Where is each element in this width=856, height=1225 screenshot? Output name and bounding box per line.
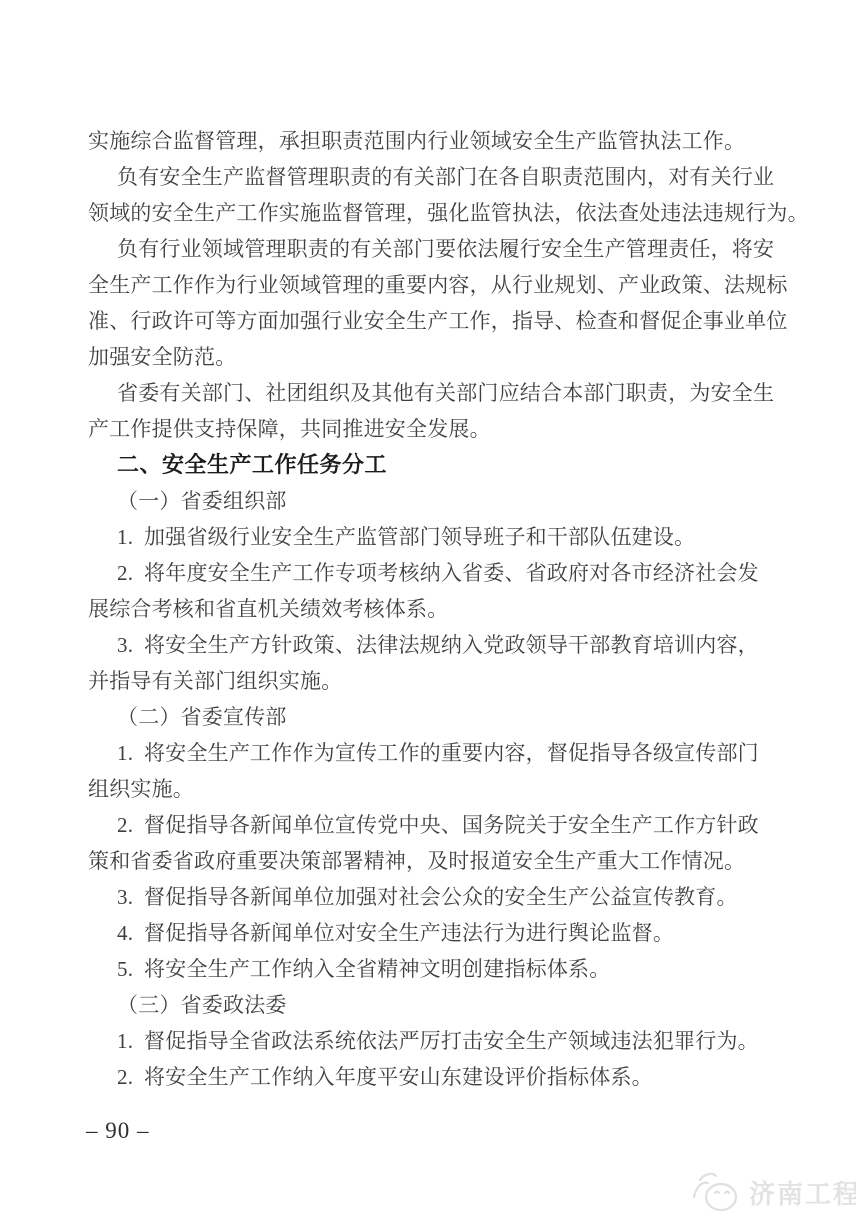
paragraph-line: 产工作提供支持保障，共同推进安全发展。: [88, 411, 778, 447]
numbered-item-line: 1. 将安全生产工作作为宣传工作的重要内容，督促指导各级宣传部门: [88, 735, 778, 771]
numbered-item-line: 3. 将安全生产方针政策、法律法规纳入党政领导干部教育培训内容，: [88, 627, 778, 663]
numbered-item-line: 展综合考核和省直机关绩效考核体系。: [88, 591, 778, 627]
subsection-heading: （一）省委组织部: [88, 483, 778, 519]
section-heading: 二、安全生产工作任务分工: [88, 447, 778, 483]
page-number: – 90 –: [86, 1118, 150, 1144]
watermark-label: 济南工程: [749, 1174, 856, 1211]
paragraph-line: 全生产工作作为行业领域管理的重要内容，从行业规划、产业政策、法规标: [88, 267, 778, 303]
watermark: 济南工程: [690, 1170, 856, 1214]
numbered-item-line: 组织实施。: [88, 771, 778, 807]
paragraph-line: 省委有关部门、社团组织及其他有关部门应结合本部门职责，为安全生: [88, 375, 778, 411]
numbered-item-line: 2. 督促指导各新闻单位宣传党中央、国务院关于安全生产工作方针政: [88, 807, 778, 843]
subsection-heading: （二）省委宣传部: [88, 699, 778, 735]
numbered-item-line: 5. 将安全生产工作纳入全省精神文明创建指标体系。: [88, 951, 778, 987]
numbered-item-line: 1. 加强省级行业安全生产监管部门领导班子和干部队伍建设。: [88, 519, 778, 555]
numbered-item-line: 1. 督促指导全省政法系统依法严厉打击安全生产领域违法犯罪行为。: [88, 1023, 778, 1059]
numbered-item-line: 2. 将年度安全生产工作专项考核纳入省委、省政府对各市经济社会发: [88, 555, 778, 591]
numbered-item-line: 4. 督促指导各新闻单位对安全生产违法行为进行舆论监督。: [88, 915, 778, 951]
numbered-item-line: 3. 督促指导各新闻单位加强对社会公众的安全生产公益宣传教育。: [88, 879, 778, 915]
paragraph-line: 负有行业领域管理职责的有关部门要依法履行安全生产管理责任，将安: [88, 231, 778, 267]
document-body: 实施综合监督管理，承担职责范围内行业领域安全生产监管执法工作。 负有安全生产监督…: [88, 123, 778, 1095]
numbered-item-line: 策和省委省政府重要决策部署精神，及时报道安全生产重大工作情况。: [88, 843, 778, 879]
paragraph-line: 领域的安全生产工作实施监督管理，强化监管执法，依法查处违法违规行为。: [88, 195, 778, 231]
paragraph-line: 实施综合监督管理，承担职责范围内行业领域安全生产监管执法工作。: [88, 123, 778, 159]
paragraph-line: 负有安全生产监督管理职责的有关部门在各自职责范围内，对有关行业: [88, 159, 778, 195]
subsection-heading: （三）省委政法委: [88, 987, 778, 1023]
numbered-item-line: 2. 将安全生产工作纳入年度平安山东建设评价指标体系。: [88, 1059, 778, 1095]
paragraph-line: 准、行政许可等方面加强行业安全生产工作，指导、检查和督促企事业单位: [88, 303, 778, 339]
numbered-item-line: 并指导有关部门组织实施。: [88, 663, 778, 699]
document-page: 实施综合监督管理，承担职责范围内行业领域安全生产监管执法工作。 负有安全生产监督…: [0, 0, 856, 1225]
paragraph-line: 加强安全防范。: [88, 339, 778, 375]
megaphone-doodle-icon: [690, 1170, 740, 1214]
